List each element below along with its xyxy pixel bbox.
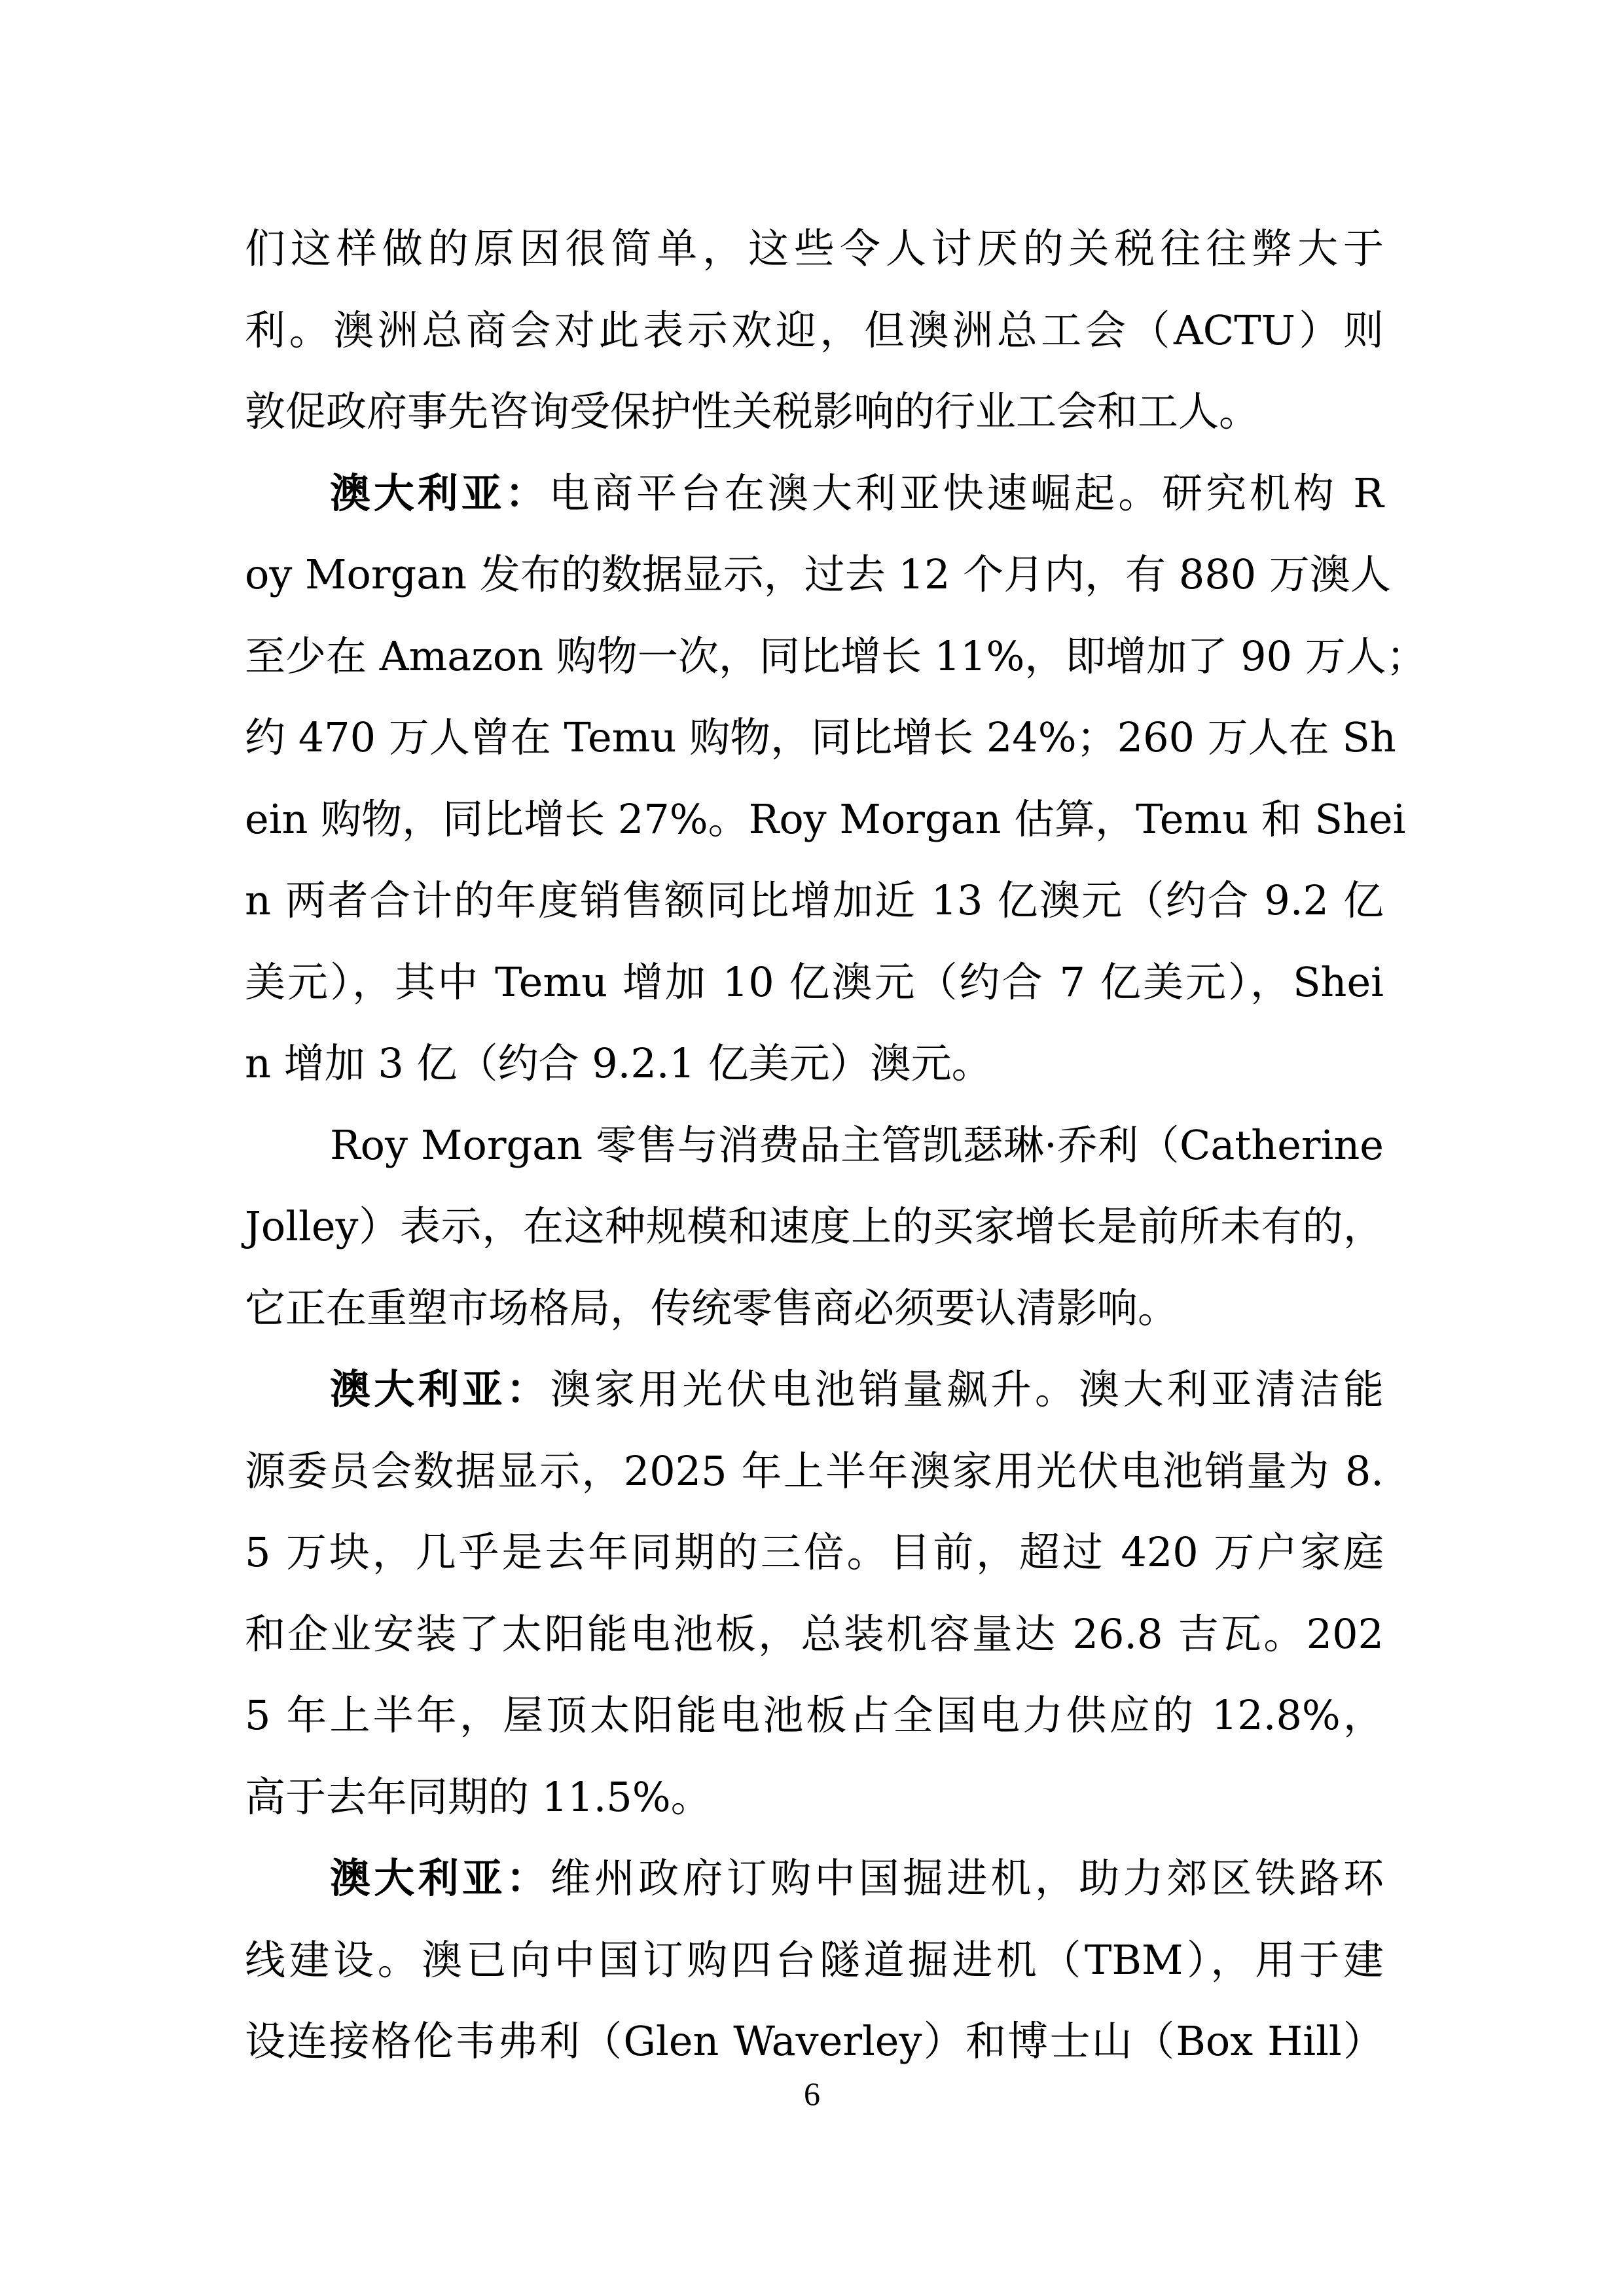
- text-line: ein 购物，同比增长 27%。Roy Morgan 估算，Temu 和 She…: [245, 779, 1384, 861]
- text-line: 澳大利亚：维州政府订购中国掘进机，助力郊区铁路环: [245, 1838, 1384, 1920]
- text-line: 美元），其中 Temu 增加 10 亿澳元（约合 7 亿美元），Shei: [245, 942, 1384, 1024]
- paragraph-tunnel-boring: 澳大利亚：维州政府订购中国掘进机，助力郊区铁路环 线建设。澳已向中国订购四台隧道…: [245, 1838, 1384, 2083]
- text-line: n 两者合计的年度销售额同比增加近 13 亿澳元（约合 9.2 亿: [245, 860, 1384, 942]
- text-run: 澳家用光伏电池销量飙升。澳大利亚清洁能: [550, 1365, 1384, 1413]
- text-line: 高于去年同期的 11.5%。: [245, 1757, 1384, 1839]
- paragraph-tariff-continuation: 们这样做的原因很简单，这些令人讨厌的关税往往弊大于 利。澳洲总商会对此表示欢迎，…: [245, 208, 1384, 453]
- text-line: 澳大利亚：电商平台在澳大利亚快速崛起。研究机构 R: [245, 453, 1384, 535]
- text-run: 电商平台在澳大利亚快速崛起。研究机构 R: [549, 469, 1384, 517]
- text-line: 源委员会数据显示，2025 年上半年澳家用光伏电池销量为 8.: [245, 1431, 1384, 1513]
- text-line: 澳大利亚：澳家用光伏电池销量飙升。澳大利亚清洁能: [245, 1349, 1384, 1431]
- text-line: 5 万块，几乎是去年同期的三倍。目前，超过 420 万户家庭: [245, 1512, 1384, 1594]
- paragraph-roy-morgan-quote: Roy Morgan 零售与消费品主管凯瑟琳·乔利（Catherine Joll…: [245, 1105, 1384, 1350]
- text-line: 利。澳洲总商会对此表示欢迎，但澳洲总工会（ACTU）则: [245, 290, 1384, 372]
- text-line: oy Morgan 发布的数据显示，过去 12 个月内，有 880 万澳人: [245, 534, 1384, 616]
- paragraph-lead-label: 澳大利亚：: [330, 469, 549, 517]
- text-line: Jolley）表示，在这种规模和速度上的买家增长是前所未有的，: [245, 1186, 1384, 1268]
- paragraph-solar-battery: 澳大利亚：澳家用光伏电池销量飙升。澳大利亚清洁能 源委员会数据显示，2025 年…: [245, 1349, 1384, 1838]
- paragraph-ecommerce: 澳大利亚：电商平台在澳大利亚快速崛起。研究机构 R oy Morgan 发布的数…: [245, 453, 1384, 1105]
- text-line: 约 470 万人曾在 Temu 购物，同比增长 24%；260 万人在 Sh: [245, 697, 1384, 779]
- document-body: 们这样做的原因很简单，这些令人讨厌的关税往往弊大于 利。澳洲总商会对此表示欢迎，…: [245, 208, 1384, 2083]
- text-line: 设连接格伦韦弗利（Glen Waverley）和博士山（Box Hill）: [245, 2001, 1384, 2083]
- text-line: Roy Morgan 零售与消费品主管凯瑟琳·乔利（Catherine: [245, 1105, 1384, 1187]
- paragraph-lead-label: 澳大利亚：: [330, 1365, 550, 1413]
- text-line: 5 年上半年，屋顶太阳能电池板占全国电力供应的 12.8%，: [245, 1675, 1384, 1757]
- text-line: 和企业安装了太阳能电池板，总装机容量达 26.8 吉瓦。202: [245, 1594, 1384, 1676]
- text-line: 敦促政府事先咨询受保护性关税影响的行业工会和工人。: [245, 371, 1384, 453]
- document-page: 们这样做的原因很简单，这些令人讨厌的关税往往弊大于 利。澳洲总商会对此表示欢迎，…: [0, 0, 1624, 2296]
- text-line: 它正在重塑市场格局，传统零售商必须要认清影响。: [245, 1268, 1384, 1350]
- page-number: 6: [0, 2075, 1624, 2113]
- text-line: n 增加 3 亿（约合 9.2.1 亿美元）澳元。: [245, 1023, 1384, 1105]
- text-line: 们这样做的原因很简单，这些令人讨厌的关税往往弊大于: [245, 208, 1384, 290]
- text-run: 维州政府订购中国掘进机，助力郊区铁路环: [550, 1854, 1384, 1902]
- paragraph-lead-label: 澳大利亚：: [330, 1854, 550, 1902]
- text-line: 至少在 Amazon 购物一次，同比增长 11%，即增加了 90 万人；: [245, 616, 1384, 698]
- text-line: 线建设。澳已向中国订购四台隧道掘进机（TBM），用于建: [245, 1920, 1384, 2001]
